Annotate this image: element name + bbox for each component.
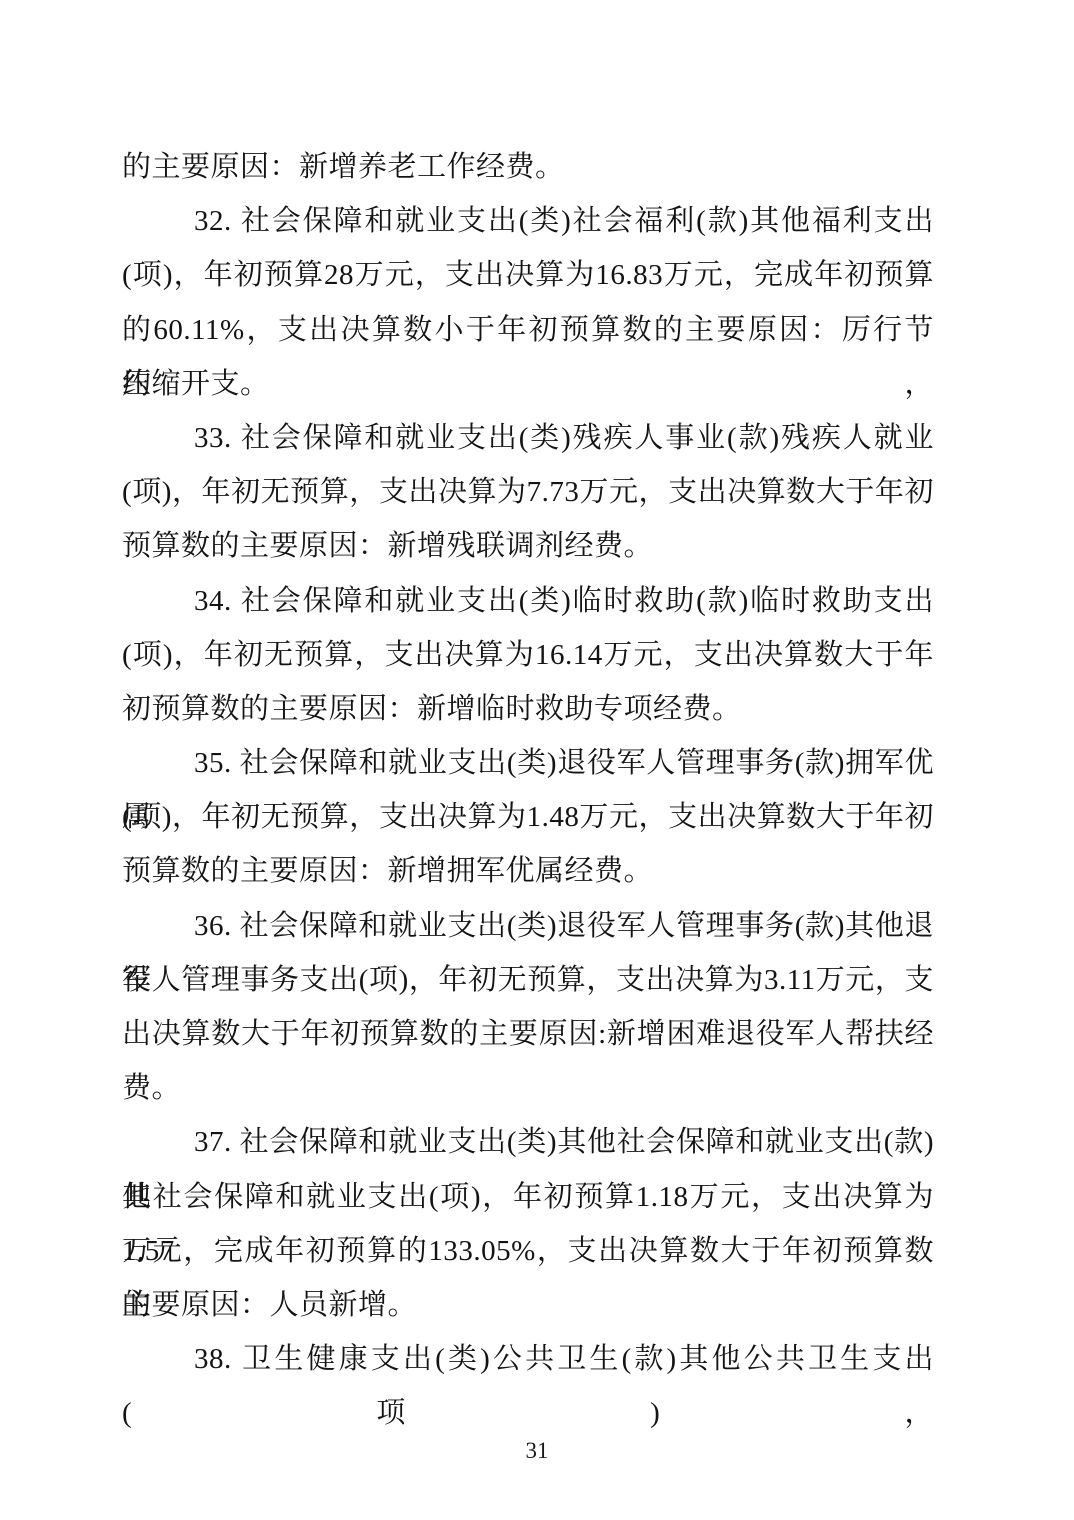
- page-number: 31: [0, 1436, 1074, 1466]
- text-line: 38. 卫生健康支出(类)公共卫生(款)其他公共卫生支出(项)，: [122, 1332, 934, 1386]
- text-line: 他社会保障和就业支出(项)，年初预算1.18万元，支出决算为1.57: [122, 1170, 934, 1224]
- text-line: 军人管理事务支出(项)，年初无预算，支出决算为3.11万元，支: [122, 953, 934, 1007]
- text-line: 费。: [122, 1061, 934, 1115]
- text-line: 33. 社会保障和就业支出(类)残疾人事业(款)残疾人就业: [122, 411, 934, 465]
- text-line: 34. 社会保障和就业支出(类)临时救助(款)临时救助支出: [122, 574, 934, 628]
- text-line: 的60.11%，支出决算数小于年初预算数的主要原因：厉行节约，: [122, 303, 934, 357]
- text-block: 的主要原因：新增养老工作经费。32. 社会保障和就业支出(类)社会福利(款)其他…: [122, 140, 934, 1386]
- text-line: 37. 社会保障和就业支出(类)其他社会保障和就业支出(款)其: [122, 1115, 934, 1169]
- text-line: 36. 社会保障和就业支出(类)退役军人管理事务(款)其他退役: [122, 899, 934, 953]
- text-line: 主要原因：人员新增。: [122, 1278, 934, 1332]
- text-line: 的主要原因：新增养老工作经费。: [122, 140, 934, 194]
- text-line: 万元，完成年初预算的133.05%，支出决算数大于年初预算数的: [122, 1224, 934, 1278]
- text-line: (项)，年初无预算，支出决算为16.14万元，支出决算数大于年: [122, 628, 934, 682]
- document-page: 的主要原因：新增养老工作经费。32. 社会保障和就业支出(类)社会福利(款)其他…: [0, 0, 1074, 1520]
- text-line: 出决算数大于年初预算数的主要原因:新增困难退役军人帮扶经: [122, 1007, 934, 1061]
- text-line: 35. 社会保障和就业支出(类)退役军人管理事务(款)拥军优属: [122, 736, 934, 790]
- text-line: 预算数的主要原因：新增残联调剂经费。: [122, 519, 934, 573]
- text-line: (项)，年初无预算，支出决算为1.48万元，支出决算数大于年初: [122, 790, 934, 844]
- text-line: 32. 社会保障和就业支出(类)社会福利(款)其他福利支出: [122, 194, 934, 248]
- text-line: 初预算数的主要原因：新增临时救助专项经费。: [122, 682, 934, 736]
- text-line: 预算数的主要原因：新增拥军优属经费。: [122, 844, 934, 898]
- text-line: (项)，年初无预算，支出决算为7.73万元，支出决算数大于年初: [122, 465, 934, 519]
- text-line: (项)，年初预算28万元，支出决算为16.83万元，完成年初预算: [122, 248, 934, 302]
